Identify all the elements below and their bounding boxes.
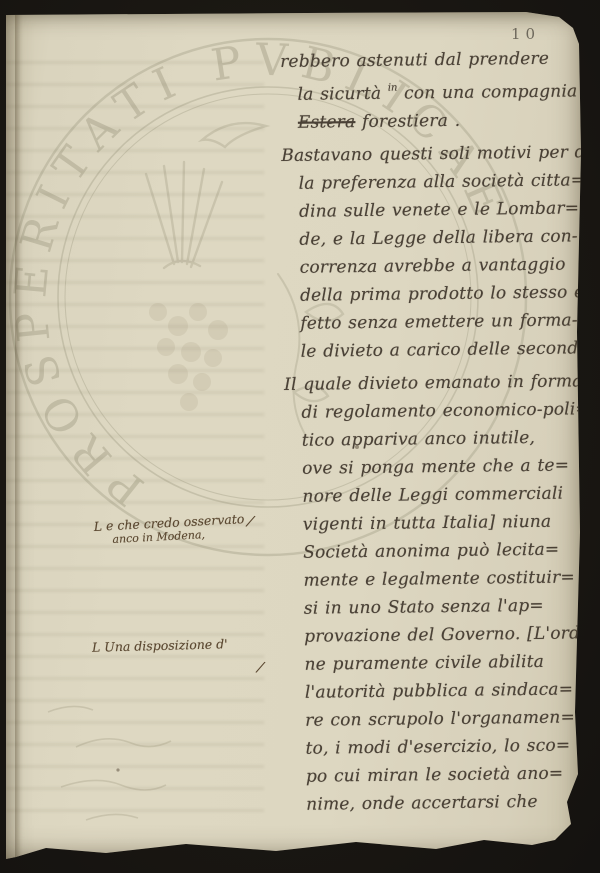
manuscript-line: la sicurtà in con una compagnia [297, 72, 582, 108]
manuscript-line: Bastavano questi soli motivi per dar [281, 138, 583, 170]
sup-text: in [388, 83, 398, 94]
handwritten-text: con una compagnia [397, 81, 577, 103]
manuscript-line: la preferenza alla società citta= [298, 166, 583, 197]
binding-crease [15, 12, 23, 860]
manuscript-line: correnza avrebbe a vantaggio [300, 250, 585, 281]
manuscript-line: Il quale divieto emanato in forma- [284, 367, 586, 399]
handwritten-text: po cui miran le società ano= [306, 764, 564, 787]
manuscript-line: della prima prodotto lo stesso ef= [300, 278, 585, 309]
manuscript-text-block: rebbero astenuti dal prenderela sicurtà … [280, 44, 591, 824]
manuscript-line: di regolamento economico-poli= [301, 395, 586, 426]
manuscript-line: de, e la Legge della libera con- [299, 222, 584, 253]
manuscript-line: Estera forestiera . [298, 105, 583, 136]
manuscript-line: tico appariva anco inutile, [302, 423, 587, 454]
manuscript-line: dina sulle venete e le Lombar= [299, 194, 584, 225]
manuscript-line: vigenti in tutta Italia] niuna [303, 507, 588, 538]
paragraph: Bastavano questi soli motivi per darla p… [281, 138, 586, 366]
handwritten-text: tico appariva anco inutile, [302, 428, 536, 451]
handwritten-text: nore delle Leggi commerciali [302, 484, 563, 507]
handwritten-text: ove si ponga mente che a te= [302, 455, 569, 478]
manuscript-line: provazione del Governo. [L'ordi= [304, 619, 589, 650]
manuscript-line: po cui miran le società ano= [306, 759, 591, 790]
manuscript-page: PROSPERITATI PVBLICAE [6, 12, 584, 860]
page-number: 10 [511, 25, 540, 43]
handwritten-text: Il quale divieto emanato in forma- [284, 371, 589, 395]
handwritten-text: di regolamento economico-poli= [301, 399, 590, 423]
manuscript-line: ne puramente civile abilita [304, 647, 589, 678]
manuscript-line: si in uno Stato senza l'ap= [304, 591, 589, 622]
paragraph: Il quale divieto emanato in forma-di reg… [284, 367, 591, 819]
handwritten-text: le divieto a carico delle seconde. [301, 338, 595, 362]
manuscript-line: to, i modi d'esercizio, lo sco= [305, 731, 590, 762]
handwritten-text: della prima prodotto lo stesso ef= [300, 282, 600, 306]
handwritten-text: fetto senza emettere un forma- [300, 310, 578, 333]
photo-background: PROSPERITATI PVBLICAE [0, 0, 600, 873]
bleed-through-lines [6, 42, 264, 814]
handwritten-text: re con scrupolo l'organamen= [305, 707, 575, 730]
manuscript-line: mente e legalmente costituir= [303, 563, 588, 594]
handwritten-text: de, e la Legge della libera con- [299, 226, 578, 249]
handwritten-text: nime, onde accertarsi che [306, 792, 538, 815]
handwritten-text: rebbero astenuti dal prendere [280, 49, 549, 72]
manuscript-line: nime, onde accertarsi che [306, 787, 591, 818]
handwritten-text: ne puramente civile abilita [304, 652, 544, 675]
handwritten-text: mente e legalmente costituir= [303, 567, 575, 590]
manuscript-line: fetto senza emettere un forma- [300, 306, 585, 337]
handwritten-text: vigenti in tutta Italia] niuna [303, 512, 552, 535]
handwritten-text: forestiera . [355, 111, 460, 132]
manuscript-line: l'autorità pubblica a sindaca= [305, 675, 590, 706]
handwritten-text: la preferenza alla società citta= [299, 170, 586, 193]
handwritten-text: to, i modi d'esercizio, lo sco= [305, 736, 570, 759]
manuscript-line: ove si ponga mente che a te= [302, 451, 587, 482]
handwritten-text: la sicurtà [297, 84, 388, 105]
manuscript-line: re con scrupolo l'organamen= [305, 703, 590, 734]
handwritten-text: Società anonima può lecita= [303, 540, 559, 563]
handwritten-text: Bastavano questi soli motivi per dar [281, 142, 600, 166]
strike-text: Estera [298, 112, 356, 133]
manuscript-line: le divieto a carico delle seconde. [301, 334, 586, 365]
manuscript-line: rebbero astenuti dal prendere [280, 44, 582, 76]
manuscript-line: Società anonima può lecita= [303, 535, 588, 566]
paragraph: rebbero astenuti dal prenderela sicurtà … [280, 44, 583, 137]
handwritten-text: correnza avrebbe a vantaggio [300, 255, 566, 278]
manuscript-line: nore delle Leggi commerciali [302, 479, 587, 510]
handwritten-text: dina sulle venete e le Lombar= [299, 198, 579, 221]
handwritten-text: provazione del Governo. [L'ordi= [304, 623, 600, 647]
handwritten-text: l'autorità pubblica a sindaca= [305, 679, 574, 702]
handwritten-text: si in uno Stato senza l'ap= [304, 596, 544, 619]
